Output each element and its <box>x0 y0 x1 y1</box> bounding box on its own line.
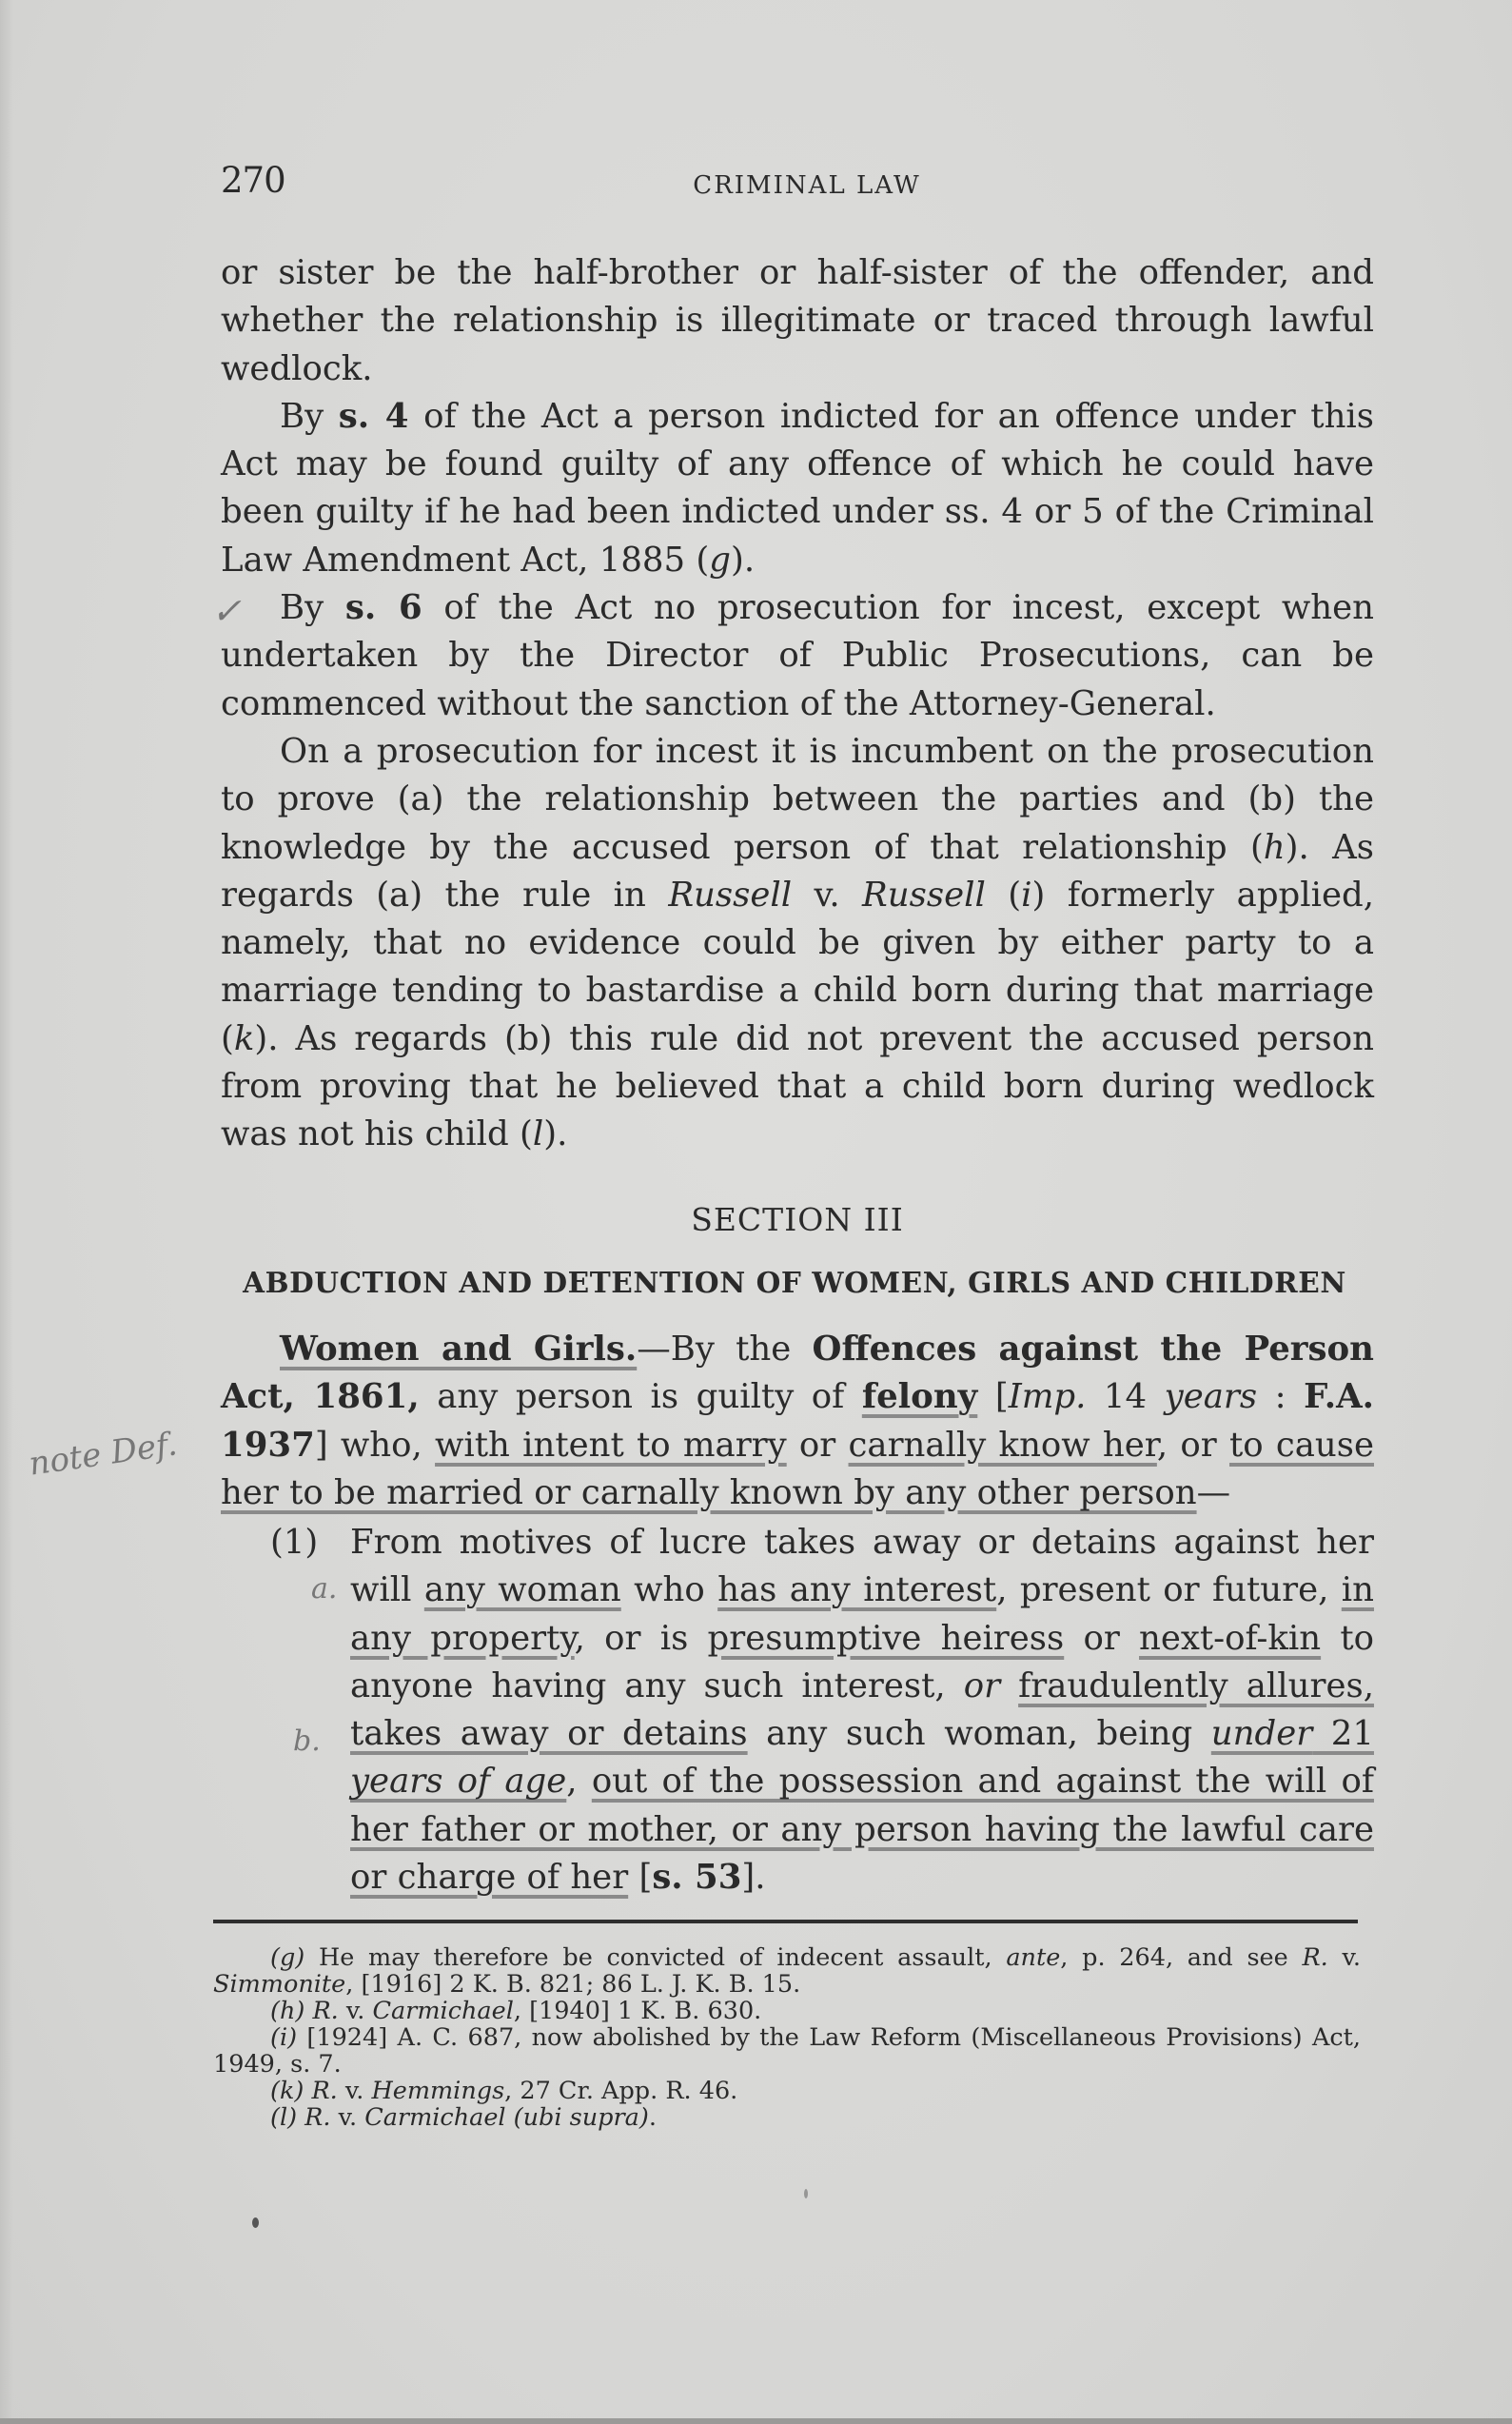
handwritten-marker-a: a. <box>311 1572 337 1606</box>
footnote-ref: k <box>234 1019 255 1058</box>
section-ref: s. 6 <box>345 588 422 627</box>
list-item: (1) From motives of lucre takes away or … <box>221 1519 1374 1902</box>
footnote-ref: g <box>709 541 731 580</box>
footnote-h: (h) R. v. Carmichael, [1940] 1 K. B. 630… <box>213 1998 1361 2024</box>
women-and-girls-paragraph: Women and Girls.—By the Offences against… <box>221 1326 1374 1517</box>
footnote-g: (g) He may therefore be convicted of ind… <box>213 1944 1361 1998</box>
item-number: (1) <box>270 1519 318 1567</box>
page-bottom-edge <box>0 2418 1512 2424</box>
footnote-divider <box>213 1920 1358 1923</box>
page-edge-shadow <box>0 0 13 2424</box>
footnote-ref: l <box>533 1114 543 1153</box>
section-heading: ABDUCTION AND DETENTION OF WOMEN, GIRLS … <box>213 1266 1376 1299</box>
body-text: or sister be the half-brother or half-si… <box>221 249 1374 1159</box>
case-name: Russell <box>862 876 986 915</box>
handwritten-margin-note: note Def. <box>27 1422 180 1486</box>
paragraph-1: or sister be the half-brother or half-si… <box>221 249 1374 393</box>
paragraph-2: By s. 4 of the Act a person indicted for… <box>221 393 1374 584</box>
section-title: SECTION III <box>221 1201 1374 1238</box>
footnotes: (g) He may therefore be convicted of ind… <box>213 1944 1361 2131</box>
running-head: 270 CRIMINAL LAW <box>221 160 1374 207</box>
footnote-ref: h <box>1264 828 1286 867</box>
section-ref: s. 53 <box>652 1858 741 1897</box>
ink-speck <box>252 2217 259 2228</box>
handwritten-marker-b: b. <box>293 1724 321 1758</box>
paragraph-3: By s. 6 of the Act no prosecution for in… <box>221 584 1374 728</box>
footnote-ref: i <box>1021 876 1031 915</box>
footnote-k: (k) R. v. Hemmings, 27 Cr. App. R. 46. <box>213 2078 1361 2104</box>
section-ref: s. 4 <box>339 397 409 436</box>
paragraph-4: On a prosecution for incest it is incumb… <box>221 728 1374 1159</box>
subheading: Women and Girls. <box>280 1330 637 1369</box>
case-name: Russell <box>668 876 792 915</box>
checkmark-annotation-icon: ✓ <box>211 590 242 632</box>
footnote-i: (i) [1924] A. C. 687, now abolished by t… <box>213 2024 1361 2078</box>
footnote-l: (l) R. v. Carmichael (ubi supra). <box>213 2104 1361 2131</box>
running-head-title: CRIMINAL LAW <box>221 171 1374 200</box>
ink-speck <box>804 2189 808 2198</box>
offence-list: (1) From motives of lucre takes away or … <box>221 1519 1374 1902</box>
